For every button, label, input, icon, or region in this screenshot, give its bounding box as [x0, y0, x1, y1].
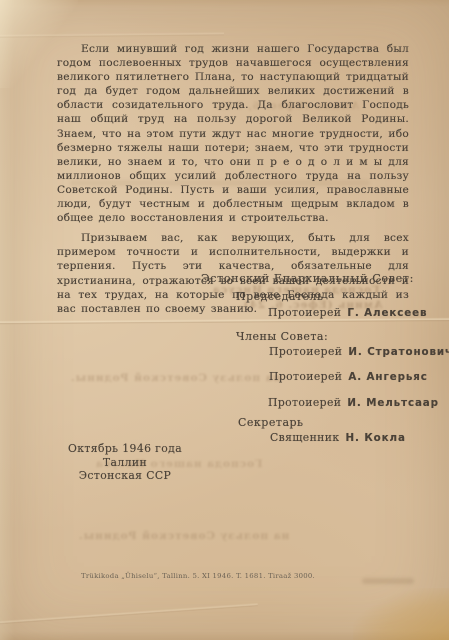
- scanned-letter-page: Господа нашего Иисуса Аминь (Ефес. 6, 24…: [0, 0, 449, 640]
- clergy-title: Протоиерей: [269, 345, 342, 358]
- member-signature: ПротоиерейИ. Стратонович: [269, 345, 449, 358]
- chairman-label: Председатель: [236, 290, 324, 303]
- clergy-name: Г. Алексеев: [347, 307, 427, 319]
- member-signature: ПротоиерейА. Ангерьяс: [269, 370, 428, 383]
- bleedthrough-line: на пользу Советской Родины.: [78, 530, 289, 542]
- dateline: Октябрь 1946 года Таллин Эстонская ССР: [60, 442, 190, 483]
- clergy-title: Протоиерей: [268, 396, 341, 409]
- bleedthrough-line: на пользу Советской Родины.: [70, 372, 281, 384]
- clergy-name: А. Ангерьяс: [348, 371, 427, 383]
- member-signature: ПротоиерейИ. Мельтсаар: [268, 396, 439, 409]
- secretary-signature: СвященникН. Кокла: [270, 431, 406, 444]
- city-line: Таллин: [60, 456, 190, 470]
- paragraph-1: Если минувший год жизни нашего Государст…: [57, 42, 409, 225]
- clergy-name: Н. Кокла: [346, 432, 406, 444]
- members-label: Члены Совета:: [236, 330, 328, 343]
- clergy-name: И. Мельтсаар: [347, 397, 439, 409]
- clergy-title: Протоиерей: [268, 306, 341, 319]
- secretary-label: Секретарь: [238, 416, 304, 429]
- bleedthrough-smudge: [362, 578, 414, 584]
- printer-imprint: Trükikoda „Ühiselu“, Tallinn. 5. XI 1946…: [81, 572, 315, 580]
- region-line: Эстонская ССР: [60, 469, 190, 483]
- clergy-title: Священник: [270, 431, 340, 444]
- corner-stain: [353, 588, 449, 640]
- chairman-signature: ПротоиерейГ. Алексеев: [268, 306, 427, 319]
- bottom-diagonal-crease: [0, 603, 258, 626]
- council-title: Эстонский Епархиальный Совет:: [201, 272, 414, 285]
- clergy-name: И. Стратонович: [348, 346, 449, 358]
- date-line: Октябрь 1946 года: [60, 442, 190, 456]
- clergy-title: Протоиерей: [269, 370, 342, 383]
